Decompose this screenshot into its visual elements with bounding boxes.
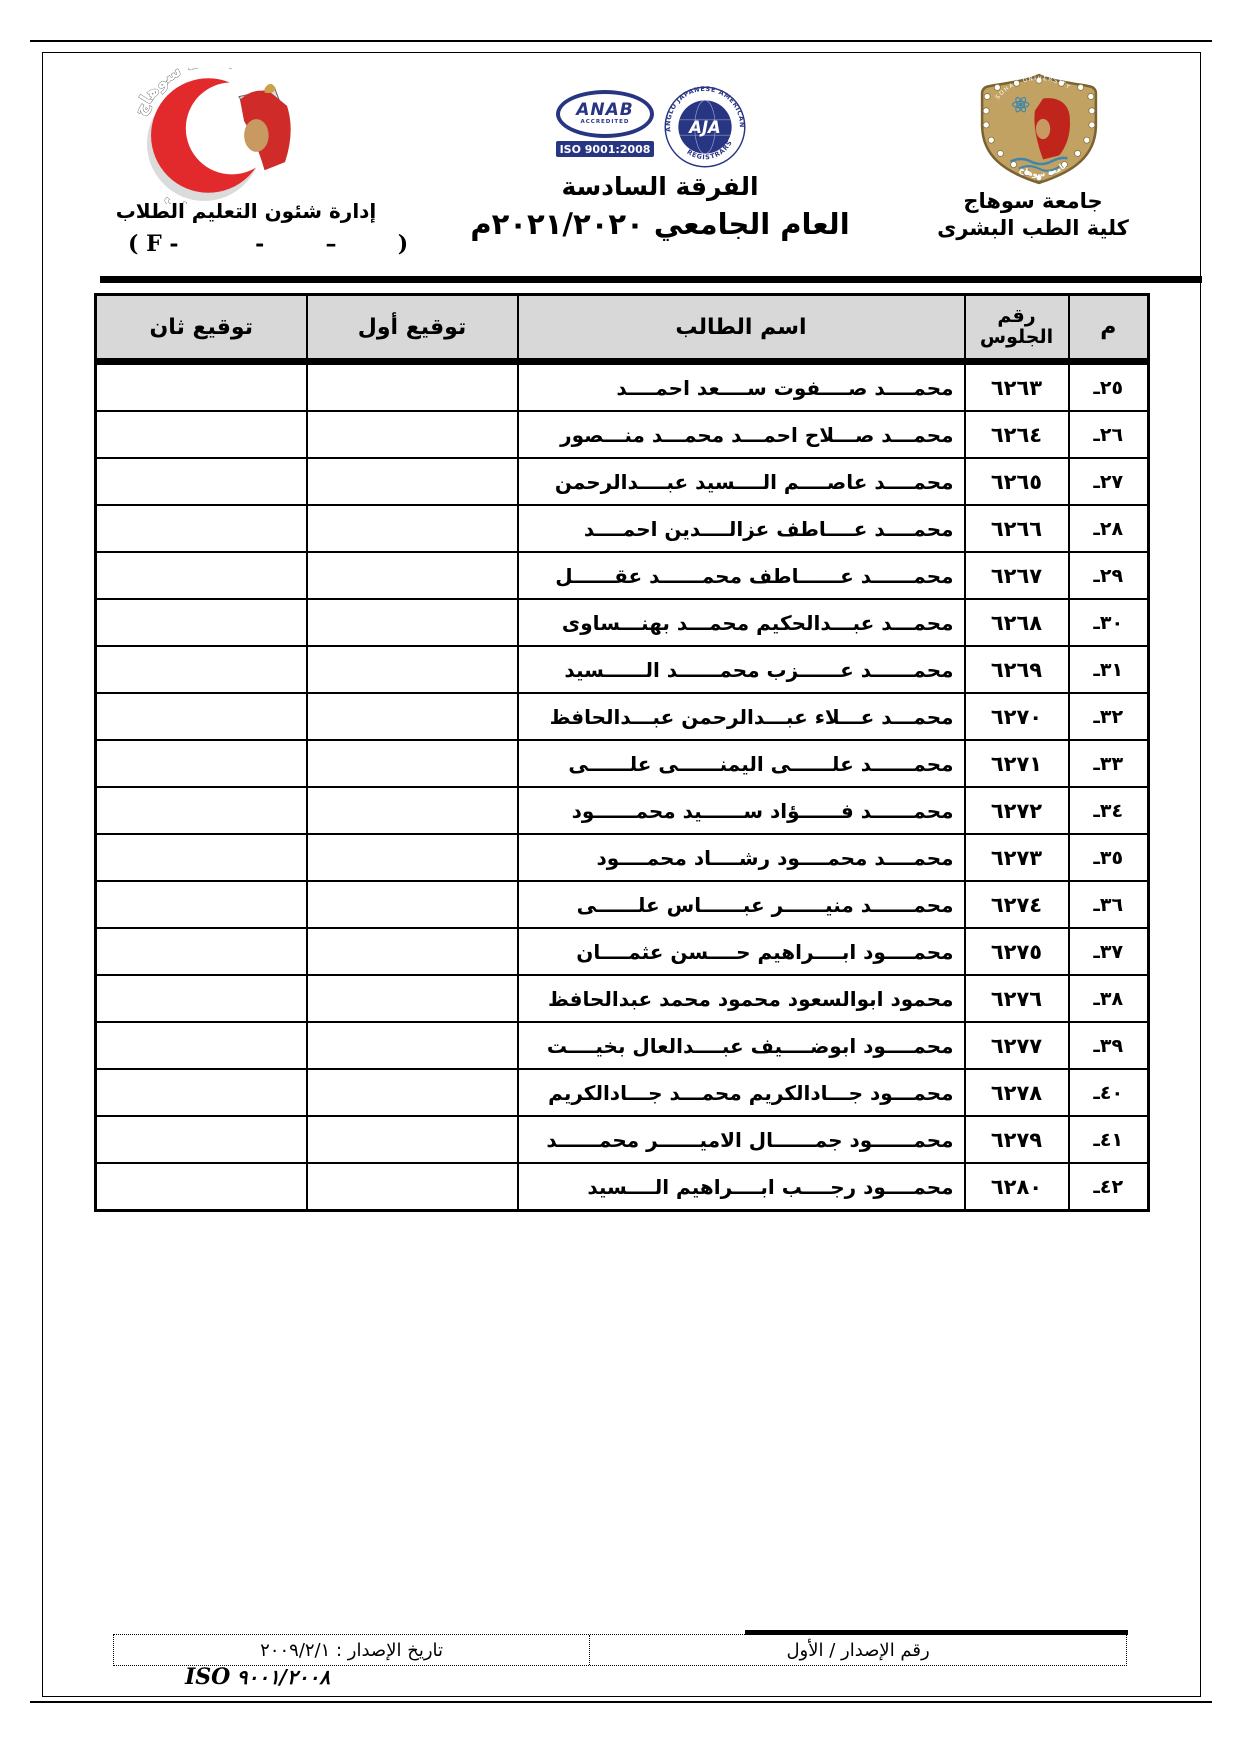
serial-cell: ٣٣ـ	[1069, 740, 1149, 787]
first-signature-cell	[307, 458, 518, 505]
first-signature-cell	[307, 505, 518, 552]
second-signature-cell	[96, 599, 307, 646]
seat-number-cell: ٦٢٧٩	[965, 1116, 1069, 1163]
student-row: ٢٥ـ٦٢٦٣محمــــد صــــفوت ســــعد احمــــ…	[96, 362, 1149, 412]
second-signature-cell	[96, 1163, 307, 1211]
seat-number-cell: ٦٢٧٥	[965, 928, 1069, 975]
second-signature-cell	[96, 693, 307, 740]
student-name-cell: محمـــد عبـــدالحكيم محمـــد بهنـــساوى	[518, 599, 965, 646]
seat-number-cell: ٦٢٧١	[965, 740, 1069, 787]
footer-table: رقم الإصدار / الأول تاريخ الإصدار : ٢٠٠٩…	[113, 1634, 1127, 1666]
aja-center-text: AJA	[687, 118, 720, 137]
student-name-cell: محمـــود جـــادالكريم محمـــد جـــادالكر…	[518, 1069, 965, 1116]
second-signature-cell	[96, 1022, 307, 1069]
student-row: ٣٦ـ٦٢٧٤محمــــــد منيــــــر عبــــــاس …	[96, 881, 1149, 928]
first-signature-cell	[307, 693, 518, 740]
faculty-crescent-logo: جامعة سوهاج كلية الطب	[112, 68, 322, 204]
serial-cell: ٣٤ـ	[1069, 787, 1149, 834]
faculty-name: كلية الطب البشرى	[918, 216, 1148, 240]
first-signature-cell	[307, 411, 518, 458]
seat-number-cell: ٦٢٦٣	[965, 362, 1069, 412]
second-signature-cell	[96, 362, 307, 412]
seat-number-cell: ٦٢٧٠	[965, 693, 1069, 740]
second-signature-cell	[96, 1116, 307, 1163]
student-name-cell: محمــــد محمــــود رشــــاد محمــــود	[518, 834, 965, 881]
seat-number-cell: ٦٢٧٦	[965, 975, 1069, 1022]
iso-number: ٩٠٠١/٢٠٠٨	[237, 1665, 330, 1689]
col-header-seat-number: رقم الجلوس	[965, 295, 1069, 362]
first-signature-cell	[307, 787, 518, 834]
student-name-cell: محمـــد صـــلاح احمـــد محمـــد منـــصور	[518, 411, 965, 458]
bottom-rule	[30, 1701, 1212, 1703]
serial-cell: ٤٢ـ	[1069, 1163, 1149, 1211]
header-separator-rule	[100, 276, 1202, 283]
serial-cell: ٣٠ـ	[1069, 599, 1149, 646]
iso-reference-line: ISO ٩٠٠١/٢٠٠٨	[185, 1664, 330, 1690]
student-name-cell: محمــــود ابوضــــيف عبــــدالعال بخيـــ…	[518, 1022, 965, 1069]
student-row: ٤٠ـ٦٢٧٨محمـــود جـــادالكريم محمـــد جــ…	[96, 1069, 1149, 1116]
anab-oval: ANAB ACCREDITED	[556, 90, 654, 138]
serial-cell: ٢٨ـ	[1069, 505, 1149, 552]
seat-number-cell: ٦٢٦٤	[965, 411, 1069, 458]
seat-number-cell: ٦٢٦٥	[965, 458, 1069, 505]
second-signature-cell	[96, 881, 307, 928]
seat-number-cell: ٦٢٧٨	[965, 1069, 1069, 1116]
shield-face-icon	[1036, 119, 1050, 139]
second-signature-cell	[96, 787, 307, 834]
seat-number-cell: ٦٢٦٦	[965, 505, 1069, 552]
student-row: ٣٨ـ٦٢٧٦محمود ابوالسعود محمود محمد عبدالح…	[96, 975, 1149, 1022]
student-row: ٣٥ـ٦٢٧٣محمــــد محمــــود رشــــاد محمــ…	[96, 834, 1149, 881]
seat-number-cell: ٦٢٦٧	[965, 552, 1069, 599]
student-name-cell: محمود ابوالسعود محمود محمد عبدالحافظ	[518, 975, 965, 1022]
second-signature-cell	[96, 411, 307, 458]
student-row: ٢٩ـ٦٢٦٧محمــــــد عــــــاطف محمــــــد …	[96, 552, 1149, 599]
serial-cell: ٢٩ـ	[1069, 552, 1149, 599]
second-signature-cell	[96, 834, 307, 881]
second-signature-cell	[96, 1069, 307, 1116]
serial-cell: ٣٥ـ	[1069, 834, 1149, 881]
form-code-line: ( F - - – )	[128, 231, 388, 257]
department-label: إدارة شئون التعليم الطلاب	[106, 199, 386, 223]
issue-date-cell: تاريخ الإصدار : ٢٠٠٩/٢/١	[114, 1635, 590, 1665]
seat-number-cell: ٦٢٨٠	[965, 1163, 1069, 1211]
university-shield-logo: SOHAG UNIVERSITY جامعة سوهاج	[976, 72, 1102, 186]
student-name-cell: محمــــود ابــــراهيم حــــسن عثمــــان	[518, 928, 965, 975]
serial-cell: ٣٨ـ	[1069, 975, 1149, 1022]
student-row: ٣١ـ٦٢٦٩محمــــــد عــــــزب محمــــــد ا…	[96, 646, 1149, 693]
serial-cell: ٣٧ـ	[1069, 928, 1149, 975]
second-signature-cell	[96, 458, 307, 505]
student-name-cell: محمــــــد علــــــى اليمنــــــى علــــ…	[518, 740, 965, 787]
student-rows: ٢٥ـ٦٢٦٣محمــــد صــــفوت ســــعد احمــــ…	[96, 362, 1149, 1211]
university-name: جامعة سوهاج	[933, 189, 1133, 213]
anab-iso-bar: ISO 9001:2008	[556, 141, 654, 157]
student-row: ٣٤ـ٦٢٧٢محمــــــد فــــــؤاد ســــــيد م…	[96, 787, 1149, 834]
first-signature-cell	[307, 646, 518, 693]
second-signature-cell	[96, 928, 307, 975]
serial-cell: ٣٩ـ	[1069, 1022, 1149, 1069]
aja-logo: AJA ANGLO JAPANESE AMERICAN REGISTRARS	[664, 86, 746, 168]
student-row: ٢٦ـ٦٢٦٤محمـــد صـــلاح احمـــد محمـــد م…	[96, 411, 1149, 458]
student-name-cell: محمــــــد عــــــاطف محمــــــد عقـــــ…	[518, 552, 965, 599]
second-signature-cell	[96, 505, 307, 552]
col-header-first-signature: توقيع أول	[307, 295, 518, 362]
first-signature-cell	[307, 1069, 518, 1116]
first-signature-cell	[307, 1163, 518, 1211]
anab-subtitle: ACCREDITED	[580, 119, 629, 127]
student-row: ٣٩ـ٦٢٧٧محمــــود ابوضــــيف عبــــدالعال…	[96, 1022, 1149, 1069]
anab-title: ANAB	[576, 102, 634, 119]
first-signature-cell	[307, 1022, 518, 1069]
class-title: الفرقة السادسة	[460, 172, 860, 201]
serial-cell: ٢٦ـ	[1069, 411, 1149, 458]
student-row: ٣٧ـ٦٢٧٥محمــــود ابــــراهيم حــــسن عثم…	[96, 928, 1149, 975]
students-table: م رقم الجلوس اسم الطالب توقيع أول توقيع …	[94, 293, 1150, 1212]
student-name-cell: محمــــــود جمــــــال الاميــــــر محمـ…	[518, 1116, 965, 1163]
serial-cell: ٣٢ـ	[1069, 693, 1149, 740]
first-signature-cell	[307, 740, 518, 787]
col-header-serial: م	[1069, 295, 1149, 362]
serial-cell: ٢٧ـ	[1069, 458, 1149, 505]
second-signature-cell	[96, 975, 307, 1022]
student-name-cell: محمــــد عاصــــم الــــسيد عبــــدالرحم…	[518, 458, 965, 505]
serial-cell: ٢٥ـ	[1069, 362, 1149, 412]
first-signature-cell	[307, 975, 518, 1022]
first-signature-cell	[307, 834, 518, 881]
student-row: ٢٧ـ٦٢٦٥محمــــد عاصــــم الــــسيد عبـــ…	[96, 458, 1149, 505]
student-name-cell: محمـــد عـــلاء عبـــدالرحمن عبـــدالحاف…	[518, 693, 965, 740]
issue-number-cell: رقم الإصدار / الأول	[590, 1635, 1126, 1665]
student-row: ٣٣ـ٦٢٧١محمــــــد علــــــى اليمنــــــى…	[96, 740, 1149, 787]
col-header-student-name: اسم الطالب	[518, 295, 965, 362]
first-signature-cell	[307, 599, 518, 646]
anab-logo: ANAB ACCREDITED ISO 9001:2008	[556, 90, 654, 157]
seat-number-cell: ٦٢٧٢	[965, 787, 1069, 834]
second-signature-cell	[96, 646, 307, 693]
student-name-cell: محمــــد عــــاطف عزالــــدين احمــــد	[518, 505, 965, 552]
first-signature-cell	[307, 362, 518, 412]
document-page: جامعة سوهاج كلية الطب إدارة شئون التعليم…	[0, 0, 1241, 1754]
pharaoh-face-icon	[244, 119, 269, 152]
first-signature-cell	[307, 928, 518, 975]
student-name-cell: محمــــــد عــــــزب محمــــــد الــــــ…	[518, 646, 965, 693]
iso-label: ISO	[185, 1664, 230, 1690]
seat-number-cell: ٦٢٧٤	[965, 881, 1069, 928]
student-row: ٤٢ـ٦٢٨٠محمــــود رجــــب ابــــراهيم الـ…	[96, 1163, 1149, 1211]
serial-cell: ٤٠ـ	[1069, 1069, 1149, 1116]
student-row: ٢٨ـ٦٢٦٦محمــــد عــــاطف عزالــــدين احم…	[96, 505, 1149, 552]
seat-number-cell: ٦٢٧٧	[965, 1022, 1069, 1069]
serial-cell: ٣١ـ	[1069, 646, 1149, 693]
seat-number-cell: ٦٢٦٨	[965, 599, 1069, 646]
student-row: ٣٠ـ٦٢٦٨محمـــد عبـــدالحكيم محمـــد بهنـ…	[96, 599, 1149, 646]
student-name-cell: محمــــــد فــــــؤاد ســــــيد محمـــــ…	[518, 787, 965, 834]
student-name-cell: محمــــد صــــفوت ســــعد احمــــد	[518, 362, 965, 412]
first-signature-cell	[307, 552, 518, 599]
first-signature-cell	[307, 881, 518, 928]
student-name-cell: محمــــــد منيــــــر عبــــــاس علـــــ…	[518, 881, 965, 928]
col-header-second-signature: توقيع ثان	[96, 295, 307, 362]
serial-cell: ٤١ـ	[1069, 1116, 1149, 1163]
top-rule	[30, 40, 1212, 42]
academic-year-title: العام الجامعي ٢٠٢١/٢٠٢٠م	[430, 207, 890, 241]
serial-cell: ٣٦ـ	[1069, 881, 1149, 928]
header-row: م رقم الجلوس اسم الطالب توقيع أول توقيع …	[96, 295, 1149, 362]
student-name-cell: محمــــود رجــــب ابــــراهيم الــــسيد	[518, 1163, 965, 1211]
first-signature-cell	[307, 1116, 518, 1163]
student-row: ٣٢ـ٦٢٧٠محمـــد عـــلاء عبـــدالرحمن عبــ…	[96, 693, 1149, 740]
second-signature-cell	[96, 740, 307, 787]
seat-number-cell: ٦٢٦٩	[965, 646, 1069, 693]
second-signature-cell	[96, 552, 307, 599]
student-row: ٤١ـ٦٢٧٩محمــــــود جمــــــال الاميـــــ…	[96, 1116, 1149, 1163]
students-table-header: م رقم الجلوس اسم الطالب توقيع أول توقيع …	[96, 295, 1149, 362]
seat-number-cell: ٦٢٧٣	[965, 834, 1069, 881]
